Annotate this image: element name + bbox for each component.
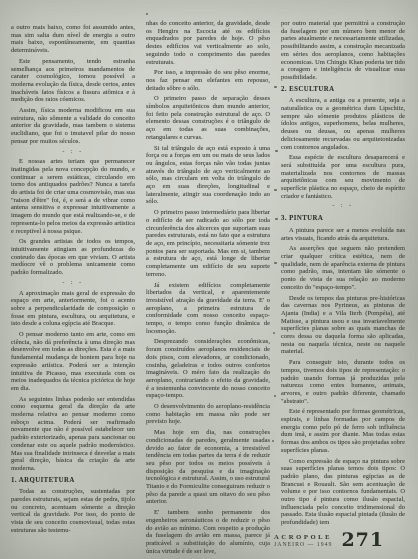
paragraph: O primeiro passo de separação desses sím… [146, 95, 270, 141]
paragraph: Por isso, a impressão do seu pêso enorme… [146, 69, 270, 92]
text-column-3: por outro material que permitirá a const… [281, 20, 405, 530]
paragraph: Desprezando considerações econômicas, fo… [146, 338, 270, 400]
journal-issue-date: JANEIRO — 1949 [274, 542, 332, 548]
ink-speck [146, 13, 148, 15]
paragraph: O desenvolvimento do aeroplano-residênci… [146, 403, 270, 426]
ink-speck [274, 189, 277, 191]
ink-speck [274, 86, 277, 88]
section-heading: 1. ARQUITETURA [11, 477, 135, 485]
paragraph: Desde os tempos das pinturas pre-históri… [281, 295, 405, 357]
paragraph: Para conseguir isto, durante todos os te… [281, 359, 405, 405]
paragraph: As seguintes linhas poderão ser entendid… [11, 396, 135, 473]
journal-title: ACROPOLE [274, 534, 332, 541]
paragraph: por outro material que permitirá a const… [281, 20, 405, 82]
paragraph-separator: - : - [281, 203, 405, 211]
paragraph: As asserções que seguem não pretendem cr… [281, 245, 405, 291]
page-number: 271 [341, 531, 384, 550]
paragraph: E' tambem sonho permanente dos engenheir… [146, 509, 270, 555]
ink-speck [275, 218, 278, 220]
paragraph: Como expressão de espaço na pintura sobr… [281, 458, 405, 527]
paragraph: Já existem edifícios completamente liber… [146, 282, 270, 336]
paragraph: O pensar moderno tanto em arte, como em … [11, 331, 135, 393]
ink-speck [274, 395, 276, 397]
ink-speck [275, 150, 278, 152]
paragraph: Si tal triângulo de aço está exposto à u… [146, 145, 270, 207]
paragraph: A pintura parece ser a menos evoluída na… [281, 227, 405, 242]
ink-speck [273, 332, 275, 334]
paragraph: Este é representado por formas geométric… [281, 408, 405, 454]
paragraph: Todas as construções, sustentadas por pa… [11, 488, 135, 534]
scanned-magazine-page: a outro mais baixo, como foi assumido an… [0, 0, 418, 559]
paragraph-separator: - : - [11, 280, 135, 288]
paragraph: Essa espécie de escultura desaparecerá e… [281, 154, 405, 200]
paragraph: a outro mais baixo, como foi assumido an… [11, 24, 135, 55]
ink-speck [274, 262, 277, 264]
paragraph: nhas do conceito anterior, da gravidade,… [146, 20, 270, 66]
section-heading: 2. ESCULTURA [281, 86, 405, 94]
text-column-1: a outro mais baixo, como foi assumido an… [11, 24, 135, 538]
paragraph: Este pensamento, tendo estranha semelhan… [11, 58, 135, 104]
section-heading: 3. PINTURA [281, 215, 405, 223]
ink-speck [272, 440, 274, 442]
paragraph: A escultura, a antiga ou a presente, sej… [281, 97, 405, 151]
journal-imprint: ACROPOLE JANEIRO — 1949 [274, 534, 332, 548]
page-footer: ACROPOLE JANEIRO — 1949 271 [274, 531, 384, 550]
paragraph: Mas hoje em dia, nas construções condici… [146, 429, 270, 506]
paragraph-separator: - : - [11, 149, 135, 157]
paragraph: A aproximação mais geral de expressão do… [11, 290, 135, 329]
text-column-2: nhas do conceito anterior, da gravidade,… [146, 20, 270, 558]
paragraph: O primeiro passo intermediário para libe… [146, 209, 270, 278]
paragraph: E nossas artes teriam que permanecer ina… [11, 158, 135, 235]
paragraph: Os grandes artistas de todos os tempos, … [11, 238, 135, 277]
paragraph: Assim, física moderna modificou em sua e… [11, 107, 135, 146]
